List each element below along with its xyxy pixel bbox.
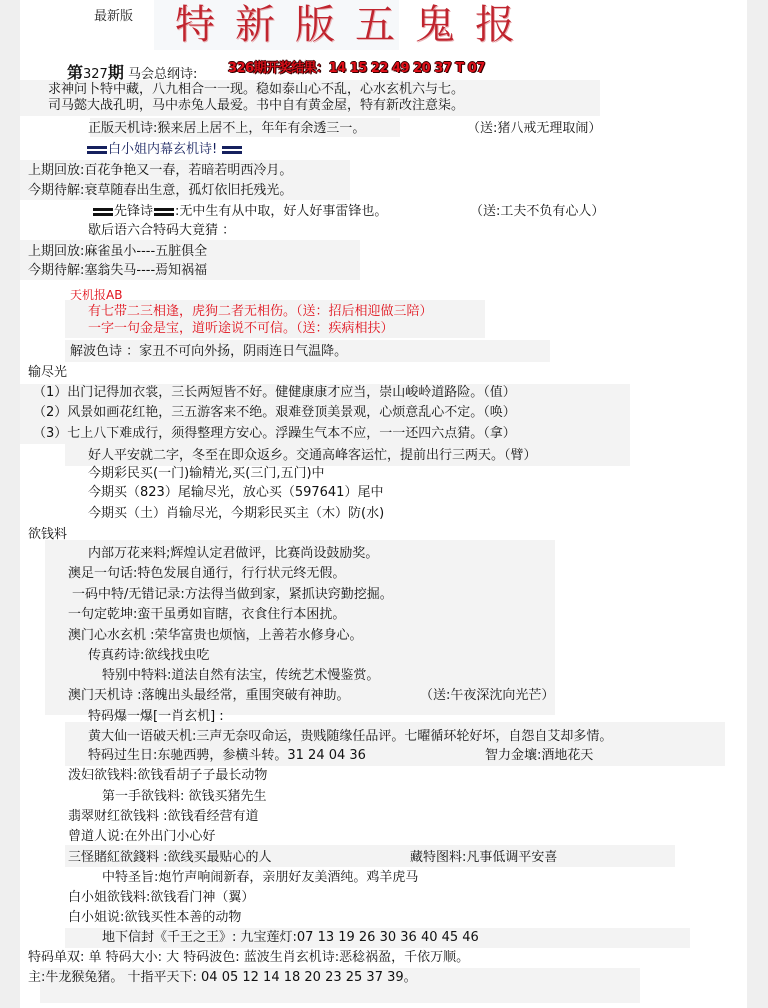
macau-poem: 澳门天机诗 :落魄出头最经常，重围突破有神助。 <box>68 688 350 704</box>
page-title: 特新版五鬼报 <box>175 2 535 48</box>
lose-heading: 输尽光 <box>28 365 67 381</box>
money-line-7: 特别中特料:道法自然有法宝，传统艺术慢鉴赏。 <box>102 668 379 684</box>
birthday-line: 特码过生日:东驰西骋，参横斗转。31 24 04 36 <box>88 748 366 764</box>
xiehouyu-now: 今期待解:塞翁失马----焉知祸福 <box>28 263 207 279</box>
pofu-line: 泼妇欲钱料:欲钱看胡子子最长动物 <box>68 768 267 784</box>
now-text: 衰草随春出生意，孤灯依旧托残光。 <box>84 183 292 198</box>
money-line-5: 澳门心水玄机 :荣华富贵也烦恼，上善若水修身心。 <box>68 628 363 644</box>
baixiaojie-heading: 白小姐内幕玄机诗! <box>108 142 217 157</box>
wave-poem: 解波色诗 ：家丑不可向外扬，阴雨连日气温降。 <box>70 344 347 360</box>
money-line-3: 一码中特/无错记录:方法得当做到家，紧抓诀窍勤挖掘。 <box>72 587 393 603</box>
newspaper-page: 最新版 特新版五鬼报 第327期 马会总纲诗: 326期开奖结果：14 15 2… <box>20 0 747 1008</box>
tianji-gift: （送:猪八戒无理取闹） <box>467 121 601 137</box>
double-bar-icon <box>93 208 113 216</box>
sanguai-line: 三怪賭紅欲錢料 :欲线买最贴心的人 <box>68 850 272 866</box>
tianjibao-line-1: 有七带二三相逢，虎狗二者无相伤。（送：招后相迎做三陪） <box>88 304 433 320</box>
baixiaojie-last: 上期回放:百花争艳又一春，若暗若明西冷月。 <box>28 163 292 179</box>
tianji-poem: 正版天机诗:猴来居上居不上，年年有余透三一。 <box>88 121 365 137</box>
jinrang-line: 智力金壤:酒地花天 <box>485 748 593 764</box>
now-label: 今期待解: <box>28 183 84 198</box>
baixiaojie-heading-row: 白小姐内幕玄机诗! <box>86 142 243 158</box>
xiehouyu-heading: 歇后语六合特码大竟猜 ： <box>88 223 235 239</box>
double-bar-icon <box>154 208 174 216</box>
underground-line: 地下信封《千王之王》: 九宝莲灯:07 13 19 26 30 36 40 45… <box>102 930 479 946</box>
now-label: 今期待解: <box>28 263 84 278</box>
last-draw-result: 326期开奖结果：14 15 22 49 20 37 T 07 <box>228 57 485 76</box>
baixiaojie-now: 今期待解:衰草随春出生意，孤灯依旧托残光。 <box>28 183 292 199</box>
pioneer-heading: 先锋诗 <box>114 204 153 219</box>
double-bar-icon <box>222 146 242 154</box>
last-label: 上期回放: <box>28 244 84 259</box>
lose-item-3: （3）七上八下难成行，须得整理方安心。浮躁生气本不应，一一还四六点猜。（拿） <box>33 426 516 442</box>
last-text: 百花争艳又一春，若暗若明西冷月。 <box>84 163 292 178</box>
now-text: 塞翁失马----焉知祸福 <box>84 263 207 278</box>
bxj-money-line: 白小姐欲钱料:欲钱看门神（翼） <box>68 890 254 906</box>
intro-line-1: 求神问卜特中藏，八九相合一一现。稳如泰山心不乱，心水玄机六与七。 <box>48 82 464 98</box>
money-line-4: 一句定乾坤:蛮干虽勇如盲瞎，衣食住行本困扰。 <box>68 607 345 623</box>
zeng-line: 曾道人说:在外出门小心好 <box>68 829 215 845</box>
last-text: 麻雀虽小----五脏俱全 <box>84 244 207 259</box>
latest-edition-label: 最新版 <box>94 5 133 24</box>
tianjibao-line-2: 一字一句金是宝，道听途说不可信。（送：疾病相扶） <box>88 321 394 337</box>
money-line-2: 澳足一句话:特色发展自通行，行行状元终无假。 <box>68 566 345 582</box>
pioneer-text: :无中生有从中取，好人好事雷锋也。 <box>175 204 387 219</box>
cangte-line: 藏特图料:凡事低调平安喜 <box>410 850 557 866</box>
lose-poem: 好人平安就二字，冬至在即众返乡。交通高峰客运忙，提前出行三两天。（臂） <box>88 448 537 464</box>
shengzhi-line: 中特圣旨:炮竹声响闹新春，亲朋好友美酒纯。鸡羊虎马 <box>102 870 418 886</box>
money-line-6: 传真药诗:欲线找虫吃 <box>88 648 209 664</box>
bxj-say-line: 白小姐说:欲钱买性本善的动物 <box>68 910 241 926</box>
lose-buy-3: 今期买（土）肖输尽光，今期彩民买主（木）防(水) <box>88 506 384 522</box>
first-hand-line: 第一手欲钱料: 欲钱买猪先生 <box>102 789 267 805</box>
double-bar-icon <box>87 146 107 154</box>
footer-line-1: 特码单双: 单 特码大小: 大 特码波色: 蓝波生肖玄机诗:恶稔祸盈，千依万顺。 <box>28 950 469 966</box>
feicui-line: 翡翠财红欲钱料 :欲钱看经营有道 <box>68 809 259 825</box>
lose-buy-2: 今期买（823）尾输尽光，放心买（597641）尾中 <box>88 485 383 501</box>
footer-line-2: 主:牛龙猴兔猪。 十指平天下: 04 05 12 14 18 20 23 25 … <box>28 970 417 986</box>
lose-item-2: （2）风景如画花红艳，三五游客来不绝。艰难登顶美景观，心烦意乱心不定。（唤） <box>33 405 516 421</box>
pioneer-gift: （送:工夫不负有心人） <box>470 204 604 220</box>
last-label: 上期回放: <box>28 163 84 178</box>
huang-daxian: 黄大仙一语破天机:三声无奈叹命运，贵贱随缘任品评。七曜循环轮好坏，自怨自艾却多情… <box>88 729 612 745</box>
xiehouyu-last: 上期回放:麻雀虽小----五脏俱全 <box>28 244 207 260</box>
macau-gift: （送:午夜深沈向光芒） <box>420 688 554 704</box>
money-line-1: 内部万花来料;辉煌认定君做评，比赛尚设鼓励奖。 <box>88 546 378 562</box>
lose-buy-1: 今期彩民买(一门)输精光,买(三门,五门)中 <box>88 466 325 482</box>
intro-line-2: 司马懿大战孔明，马中赤兔人最爱。书中自有黄金屋，特有新改注意柒。 <box>48 98 464 114</box>
pioneer-row: 先锋诗:无中生有从中取，好人好事雷锋也。 <box>92 204 387 220</box>
lose-item-1: （1）出门记得加衣裳，三长两短皆不好。健健康康才应当，崇山峻岭道路险。（值） <box>33 385 516 401</box>
